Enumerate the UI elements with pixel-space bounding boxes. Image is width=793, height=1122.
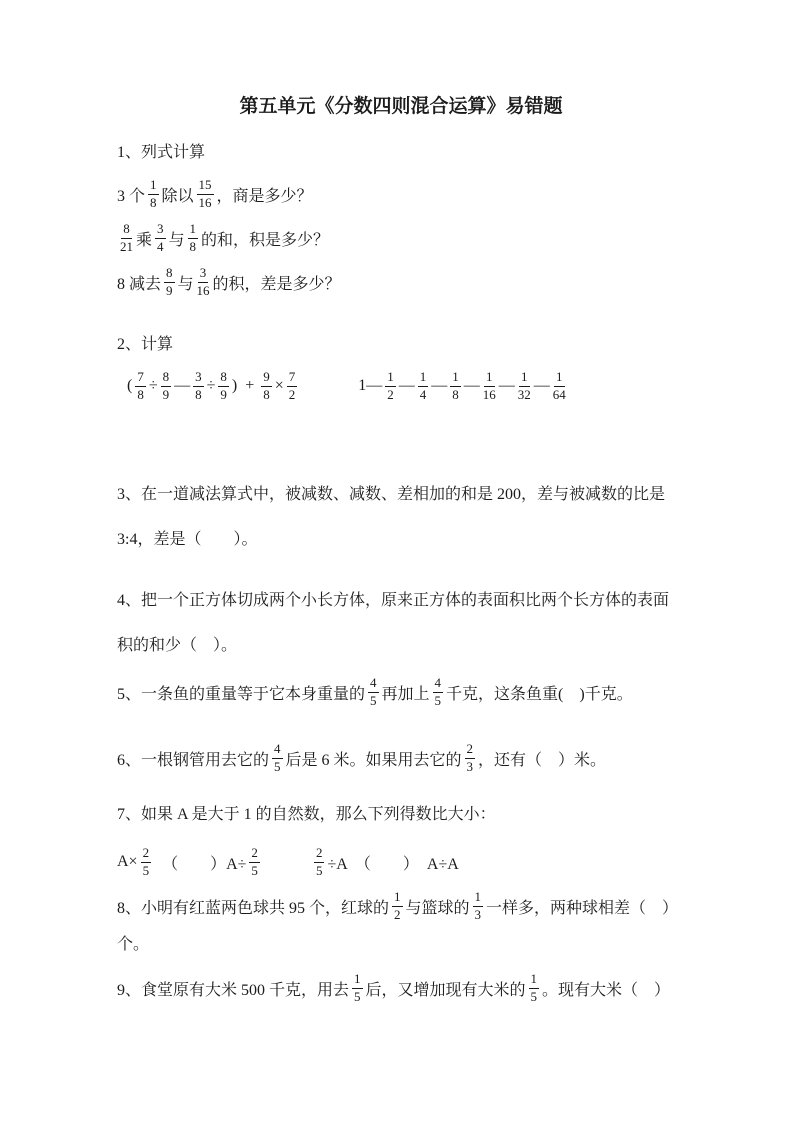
text-run: 与 <box>178 271 194 294</box>
fraction-numerator: 1 <box>484 370 495 386</box>
fraction: 18 <box>148 178 159 210</box>
fraction-numerator: 3 <box>193 370 204 386</box>
fraction-numerator: 1 <box>148 178 159 194</box>
q1-line-3: 8 减去 89 与 316 的积，差是多少？ <box>117 260 685 304</box>
q2-expression-2: 1— 12 — 14 — 18 — 116 — 132 — 164 <box>358 370 569 402</box>
fraction: 12 <box>385 370 396 402</box>
fraction: 116 <box>483 370 496 402</box>
fraction-denominator: 4 <box>420 387 427 402</box>
fraction-numerator: 3 <box>198 266 209 282</box>
fraction-numerator: 1 <box>450 370 461 386</box>
fraction-denominator: 2 <box>394 907 401 922</box>
fraction: 14 <box>418 370 429 402</box>
text-run: 千克，这条鱼重( )千克。 <box>446 681 633 704</box>
fraction: 132 <box>518 370 531 402</box>
q1-line-1: 3 个 18 除以 1516 ，商是多少？ <box>117 172 685 216</box>
fraction-denominator: 5 <box>251 863 258 878</box>
fraction-numerator: 7 <box>287 370 298 386</box>
fraction-numerator: 1 <box>473 890 484 906</box>
q1-heading: 1、列式计算 <box>117 142 685 164</box>
fraction-numerator: 7 <box>135 370 146 386</box>
fraction-numerator: 1 <box>554 370 565 386</box>
worksheet-body: { "page": { "background": "#ffffff", "te… <box>0 0 793 1122</box>
fraction-denominator: 5 <box>354 989 361 1004</box>
text-run: 5、一条鱼的重量等于它本身重量的 <box>117 681 365 704</box>
fraction: 89 <box>161 370 172 402</box>
text-run: ，商是多少？ <box>217 183 313 206</box>
q6-line: 6、一根钢管用去它的 45 后是 6 米。如果用去它的 23 ，还有（ ）米。 <box>117 736 685 780</box>
fraction: 12 <box>392 890 403 922</box>
text-run: 9、食堂原有大米 500 千克，用去 <box>117 977 349 1000</box>
q2-heading: 2、计算 <box>117 334 685 356</box>
q8-line-1: 8、小明有红蓝两色球共 95 个，红球的 12 与篮球的 13 一样多，两种球相… <box>117 884 685 928</box>
q7-compare-line: A× 25 （ ）A÷ 25 25 ÷A （ ） A÷A <box>117 840 685 884</box>
text-run: 8 减去 <box>117 271 161 294</box>
fraction-denominator: 5 <box>435 693 442 708</box>
text-run: 再加上 <box>382 681 430 704</box>
text-run: 与篮球的 <box>406 895 470 918</box>
fraction: 89 <box>164 266 175 298</box>
text-run: ( <box>127 377 132 395</box>
fraction-numerator: 3 <box>155 222 166 238</box>
fraction: 18 <box>188 222 199 254</box>
fraction-denominator: 3 <box>475 907 482 922</box>
fraction-numerator: 8 <box>161 370 172 386</box>
fraction: 38 <box>193 370 204 402</box>
fraction: 98 <box>261 370 272 402</box>
fraction-numerator: 1 <box>418 370 429 386</box>
fraction-denominator: 9 <box>163 387 170 402</box>
fraction-numerator: 8 <box>121 222 132 238</box>
fraction-denominator: 16 <box>483 387 496 402</box>
fraction: 45 <box>433 676 444 708</box>
fraction-denominator: 5 <box>274 759 281 774</box>
fraction-denominator: 4 <box>157 239 164 254</box>
fraction-numerator: 1 <box>392 890 403 906</box>
text-run: 的积，差是多少？ <box>213 271 341 294</box>
fraction: 45 <box>272 742 283 774</box>
fraction-numerator: 8 <box>218 370 229 386</box>
fraction: 13 <box>473 890 484 922</box>
divide-operator: ÷ <box>207 377 216 395</box>
fraction-numerator: 4 <box>368 676 379 692</box>
q4-line-2: 积的和少（ ）。 <box>117 623 685 668</box>
q9-line: 9、食堂原有大米 500 千克，用去 15 后，又增加现有大米的 15 。现有大… <box>117 966 685 1010</box>
fraction-denominator: 5 <box>316 863 323 878</box>
text-run: ，还有（ ）米。 <box>478 747 606 770</box>
fraction-numerator: 1 <box>529 972 540 988</box>
fraction-numerator: 15 <box>197 178 214 194</box>
fraction-denominator: 16 <box>199 195 212 210</box>
fraction: 164 <box>553 370 566 402</box>
text-run: 。现有大米（ ） <box>542 977 670 1000</box>
fraction: 1516 <box>197 178 214 210</box>
text-run: 的和，积是多少？ <box>201 227 329 250</box>
fraction-numerator: 4 <box>272 742 283 758</box>
minus-operator: — <box>534 377 550 395</box>
minus-operator: — <box>174 377 190 395</box>
text-run: ÷A （ ） A÷A <box>327 851 458 874</box>
fraction-denominator: 8 <box>190 239 197 254</box>
fraction: 821 <box>120 222 133 254</box>
fraction: 316 <box>197 266 210 298</box>
fraction-denominator: 5 <box>143 863 150 878</box>
text-run: 乘 <box>136 227 152 250</box>
text-run: 8、小明有红蓝两色球共 95 个，红球的 <box>117 895 389 918</box>
fraction-denominator: 16 <box>197 283 210 298</box>
q4-line-1: 4、把一个正方体切成两个小长方体，原来正方体的表面积比两个长方体的表面 <box>117 578 685 623</box>
fraction-denominator: 9 <box>220 387 227 402</box>
document-page: 第五单元《分数四则混合运算》易错题 1、列式计算 3 个 18 除以 1516 … <box>0 0 793 1122</box>
fraction: 72 <box>287 370 298 402</box>
text-run: 1— <box>358 377 382 395</box>
fraction: 23 <box>465 742 476 774</box>
q3-line-2: 3:4，差是（ ）。 <box>117 517 685 562</box>
text-run: 后，又增加现有大米的 <box>366 977 526 1000</box>
fraction: 25 <box>314 846 325 878</box>
fraction-numerator: 1 <box>385 370 396 386</box>
fraction: 78 <box>135 370 146 402</box>
text-run <box>263 851 311 874</box>
fraction-denominator: 8 <box>263 387 270 402</box>
text-run: 除以 <box>162 183 194 206</box>
text-run: （ ）A÷ <box>154 851 246 874</box>
fraction-denominator: 21 <box>120 239 133 254</box>
fraction-denominator: 5 <box>370 693 377 708</box>
fraction: 89 <box>218 370 229 402</box>
fraction-numerator: 2 <box>249 846 260 862</box>
fraction-denominator: 8 <box>452 387 459 402</box>
fraction-numerator: 2 <box>141 846 152 862</box>
fraction-denominator: 5 <box>531 989 538 1004</box>
fraction: 34 <box>155 222 166 254</box>
q2-expressions: ( 78 ÷ 89 — 38 ÷ 89 ) + 98 × 72 1— 12 — … <box>117 364 685 408</box>
fraction: 25 <box>141 846 152 878</box>
fraction-denominator: 8 <box>150 195 157 210</box>
minus-operator: — <box>499 377 515 395</box>
q7-heading: 7、如果 A 是大于 1 的自然数，那么下列得数比大小： <box>117 804 685 826</box>
fraction-numerator: 1 <box>352 972 363 988</box>
fraction-denominator: 3 <box>467 759 474 774</box>
fraction-denominator: 2 <box>289 387 296 402</box>
fraction: 45 <box>368 676 379 708</box>
fraction-denominator: 32 <box>518 387 531 402</box>
fraction-denominator: 9 <box>166 283 173 298</box>
q2-expression-1: ( 78 ÷ 89 — 38 ÷ 89 ) + 98 × 72 <box>127 370 300 402</box>
q1-line-2: 821 乘 34 与 18 的和，积是多少？ <box>117 216 685 260</box>
text-run: 6、一根钢管用去它的 <box>117 747 269 770</box>
fraction: 18 <box>450 370 461 402</box>
text-run: 3 个 <box>117 183 145 206</box>
q3-line-1: 3、在一道减法算式中，被减数、减数、差相加的和是 200，差与被减数的比是 <box>117 472 685 517</box>
fraction-denominator: 8 <box>195 387 202 402</box>
fraction-numerator: 9 <box>261 370 272 386</box>
fraction: 15 <box>529 972 540 1004</box>
fraction-numerator: 1 <box>519 370 530 386</box>
q5-line: 5、一条鱼的重量等于它本身重量的 45 再加上 45 千克，这条鱼重( )千克。 <box>117 670 685 714</box>
text-run: 一样多，两种球相差（ ） <box>486 895 678 918</box>
text-run: ) + <box>232 377 258 395</box>
fraction-numerator: 1 <box>188 222 199 238</box>
times-operator: × <box>275 377 284 395</box>
q8-line-2: 个。 <box>117 934 685 956</box>
minus-operator: — <box>431 377 447 395</box>
divide-operator: ÷ <box>149 377 158 395</box>
fraction-numerator: 4 <box>433 676 444 692</box>
fraction: 15 <box>352 972 363 1004</box>
fraction-numerator: 8 <box>164 266 175 282</box>
fraction-denominator: 8 <box>137 387 144 402</box>
minus-operator: — <box>399 377 415 395</box>
fraction-numerator: 2 <box>465 742 476 758</box>
text-run: 后是 6 米。如果用去它的 <box>286 747 462 770</box>
text-run: 与 <box>169 227 185 250</box>
fraction-denominator: 64 <box>553 387 566 402</box>
fraction: 25 <box>249 846 260 878</box>
page-title: 第五单元《分数四则混合运算》易错题 <box>117 93 685 120</box>
minus-operator: — <box>464 377 480 395</box>
fraction-denominator: 2 <box>387 387 394 402</box>
text-run: A× <box>117 853 138 871</box>
fraction-numerator: 2 <box>314 846 325 862</box>
